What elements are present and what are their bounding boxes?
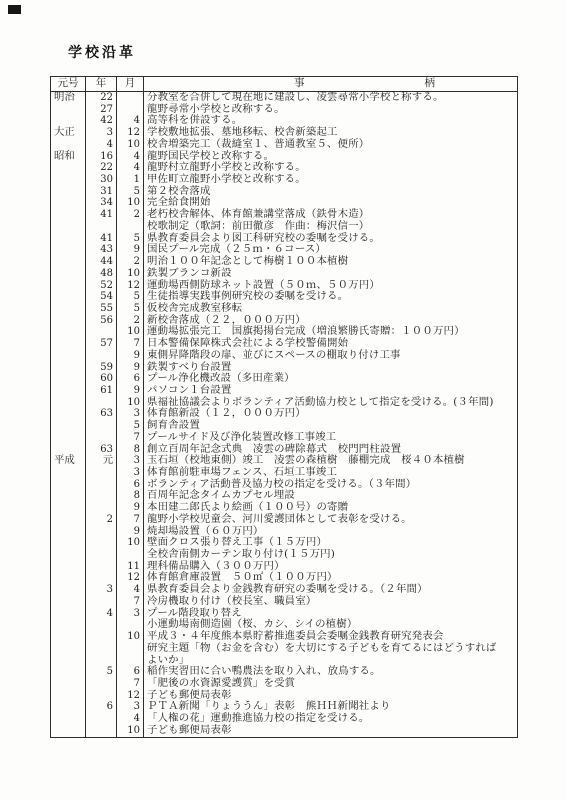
year-cell: 4 — [86, 139, 117, 151]
table-row: 全校舎南側カーテン取り付け(１５万円) — [51, 549, 517, 561]
year-cell: 3 — [86, 127, 117, 139]
year-cell — [86, 490, 117, 502]
year-cell — [86, 537, 117, 549]
table-row: 44 2 明治１００年記念として梅樹１００本植樹 — [51, 256, 517, 268]
era-cell — [51, 690, 86, 702]
table-row: 60 6 プール浄化機改設（多田産業） — [51, 373, 517, 385]
year-cell — [86, 221, 117, 233]
month-cell: 10 — [117, 631, 144, 643]
era-cell — [51, 490, 86, 502]
month-cell: 2 — [117, 315, 144, 327]
year-cell — [86, 420, 117, 432]
event-cell: 甲佐町立龍野小学校と改称する。 — [144, 174, 517, 186]
month-cell: 10 — [117, 139, 144, 151]
table-row: 7 プールサイド及び浄化装置改修工事竣工 — [51, 432, 517, 444]
month-cell: 6 — [117, 479, 144, 491]
header-era: 元号 — [51, 77, 86, 91]
table-row: 54 5 生徒指導実践事例研究校の委嘱を受ける。 — [51, 291, 517, 303]
table-row: 3 体育館前駐車場フェンス、石垣工事竣工 — [51, 467, 517, 479]
table-row: 7 冷房機取り付け（校長室、職員室） — [51, 596, 517, 608]
year-cell: 16 — [86, 151, 117, 163]
event-cell: 子ども郵便局表彰 — [144, 725, 517, 737]
table-row: 63 3 体育館新設（１２，０００万円） — [51, 408, 517, 420]
era-cell — [51, 713, 86, 725]
year-cell — [86, 678, 117, 690]
month-cell — [117, 104, 144, 116]
year-cell: 41 — [86, 233, 117, 245]
era-cell — [51, 502, 86, 514]
month-cell: 4 — [117, 115, 144, 127]
header-event: 事 柄 — [144, 77, 517, 91]
year-cell — [86, 713, 117, 725]
year-cell — [86, 561, 117, 573]
era-cell — [51, 643, 86, 655]
era-cell — [51, 162, 86, 174]
year-cell: 6 — [86, 701, 117, 713]
year-cell: 60 — [86, 373, 117, 385]
year-cell: 52 — [86, 280, 117, 292]
month-cell: 1 — [117, 174, 144, 186]
era-cell — [51, 139, 86, 151]
era-cell — [51, 432, 86, 444]
table-row: 4 「人権の花」運動推進協力校の指定を受ける。 — [51, 713, 517, 725]
table-row: 55 5 仮校舎完成教室移転 — [51, 303, 517, 315]
era-cell — [51, 197, 86, 209]
era-cell: 大正 — [51, 127, 86, 139]
table-row: 研究主題「物（お金を含む）を大切にする子どもを育てるにはどうすれば — [51, 643, 517, 655]
event-cell: 「肥後の水資源愛護賞」を受賞 — [144, 678, 517, 690]
month-cell: 3 — [117, 408, 144, 420]
era-cell — [51, 608, 86, 620]
era-cell — [51, 408, 86, 420]
era-cell — [51, 221, 86, 233]
month-cell: 7 — [117, 432, 144, 444]
month-cell: 10 — [117, 326, 144, 338]
year-cell: 2 — [86, 514, 117, 526]
month-cell: 10 — [117, 397, 144, 409]
era-cell — [51, 631, 86, 643]
month-cell — [117, 655, 144, 667]
year-cell — [86, 432, 117, 444]
era-cell — [51, 186, 86, 198]
event-cell: 校舎増築完工（裁縫室１、普通教室５、便所） — [144, 139, 517, 151]
year-cell — [86, 643, 117, 655]
event-cell: 研究主題「物（お金を含む）を大切にする子どもを育てるにはどうすれば — [144, 643, 517, 655]
era-cell — [51, 233, 86, 245]
era-cell — [51, 678, 86, 690]
era-cell — [51, 584, 86, 596]
year-cell: 61 — [86, 385, 117, 397]
event-cell: 校歌制定（歌詞：前田徹彦 作曲：梅沢信一） — [144, 221, 517, 233]
month-cell: 4 — [117, 162, 144, 174]
month-cell: 2 — [117, 256, 144, 268]
year-cell — [86, 572, 117, 584]
event-cell: パソコン１台設置 — [144, 385, 517, 397]
era-cell — [51, 315, 86, 327]
table-row: 48 10 鉄製ブランコ新設 — [51, 268, 517, 280]
era-cell — [51, 561, 86, 573]
era-cell — [51, 303, 86, 315]
era-cell: 平成 — [51, 455, 86, 467]
month-cell: 7 — [117, 678, 144, 690]
month-cell: 9 — [117, 385, 144, 397]
era-cell — [51, 537, 86, 549]
era-cell — [51, 514, 86, 526]
era-cell — [51, 666, 86, 678]
year-cell — [86, 350, 117, 362]
year-cell — [86, 549, 117, 561]
year-cell — [86, 690, 117, 702]
year-cell: 63 — [86, 444, 117, 456]
month-cell: 9 — [117, 244, 144, 256]
year-cell: 42 — [86, 115, 117, 127]
table-row: 7 「肥後の水資源愛護賞」を受賞 — [51, 678, 517, 690]
month-cell: 5 — [117, 303, 144, 315]
month-cell: 5 — [117, 186, 144, 198]
era-cell — [51, 373, 86, 385]
era-cell — [51, 291, 86, 303]
month-cell: 9 — [117, 362, 144, 374]
era-cell — [51, 268, 86, 280]
month-cell — [117, 619, 144, 631]
month-cell: 10 — [117, 268, 144, 280]
year-cell: 27 — [86, 104, 117, 116]
month-cell: 8 — [117, 444, 144, 456]
event-cell: 仮校舎完成教室移転 — [144, 303, 517, 315]
year-cell: 31 — [86, 186, 117, 198]
era-cell — [51, 362, 86, 374]
month-cell: 9 — [117, 502, 144, 514]
table-row: 30 1 甲佐町立龍野小学校と改称する。 — [51, 174, 517, 186]
month-cell: 6 — [117, 373, 144, 385]
scan-artifact-mark — [8, 5, 21, 14]
history-table: 元号 年 月 事 柄 明治 22 分教室を合併して現在地に建設し、凌雲尋常小学校… — [50, 76, 518, 738]
era-cell: 明治 — [51, 92, 86, 104]
year-cell: 30 — [86, 174, 117, 186]
year-cell — [86, 725, 117, 737]
table-row: 31 5 第２校舎落成 — [51, 186, 517, 198]
era-cell — [51, 244, 86, 256]
month-cell — [117, 92, 144, 104]
month-cell: 3 — [117, 608, 144, 620]
table-header-row: 元号 年 月 事 柄 — [51, 77, 517, 92]
month-cell: 12 — [117, 690, 144, 702]
year-cell — [86, 467, 117, 479]
month-cell: 5 — [117, 420, 144, 432]
era-cell — [51, 655, 86, 667]
event-cell: プールサイド及び浄化装置改修工事竣工 — [144, 432, 517, 444]
month-cell: 6 — [117, 666, 144, 678]
month-cell: 12 — [117, 280, 144, 292]
year-cell: 44 — [86, 256, 117, 268]
year-cell — [86, 655, 117, 667]
month-cell: 3 — [117, 701, 144, 713]
header-event-char-right: 柄 — [425, 77, 436, 91]
month-cell: 8 — [117, 490, 144, 502]
year-cell: 43 — [86, 244, 117, 256]
era-cell — [51, 420, 86, 432]
year-cell: 54 — [86, 291, 117, 303]
year-cell — [86, 631, 117, 643]
year-cell: 59 — [86, 362, 117, 374]
month-cell: 5 — [117, 291, 144, 303]
year-cell — [86, 397, 117, 409]
month-cell: 3 — [117, 467, 144, 479]
month-cell: 10 — [117, 537, 144, 549]
year-cell: 56 — [86, 315, 117, 327]
month-cell: 7 — [117, 596, 144, 608]
table-body: 明治 22 分教室を合併して現在地に建設し、凌雲尋常小学校と称する。 27 龍野… — [51, 92, 517, 737]
year-cell: 55 — [86, 303, 117, 315]
header-event-char-left: 事 — [294, 77, 305, 91]
month-cell: 3 — [117, 455, 144, 467]
era-cell — [51, 549, 86, 561]
month-cell: 4 — [117, 713, 144, 725]
table-row: 明治 22 分教室を合併して現在地に建設し、凌雲尋常小学校と称する。 — [51, 92, 517, 104]
era-cell — [51, 256, 86, 268]
era-cell — [51, 350, 86, 362]
month-cell: 4 — [117, 151, 144, 163]
year-cell — [86, 502, 117, 514]
era-cell — [51, 701, 86, 713]
year-cell: 4 — [86, 608, 117, 620]
year-cell: 41 — [86, 209, 117, 221]
year-cell: 48 — [86, 268, 117, 280]
era-cell — [51, 725, 86, 737]
year-cell: 5 — [86, 666, 117, 678]
month-cell: 12 — [117, 127, 144, 139]
month-cell: 12 — [117, 572, 144, 584]
table-row: 61 9 パソコン１台設置 — [51, 385, 517, 397]
era-cell — [51, 467, 86, 479]
month-cell: 5 — [117, 233, 144, 245]
month-cell — [117, 643, 144, 655]
era-cell — [51, 326, 86, 338]
year-cell: 元 — [86, 455, 117, 467]
event-cell: 東側昇降階段の扉、並びにスペースの棚取り付け工事 — [144, 350, 517, 362]
header-year: 年 — [86, 77, 117, 91]
year-cell — [86, 596, 117, 608]
year-cell: 22 — [86, 92, 117, 104]
era-cell — [51, 526, 86, 538]
year-cell: 57 — [86, 338, 117, 350]
year-cell: 3 — [86, 584, 117, 596]
event-cell: 冷房機取り付け（校長室、職員室） — [144, 596, 517, 608]
month-cell: 10 — [117, 725, 144, 737]
month-cell — [117, 221, 144, 233]
year-cell: 22 — [86, 162, 117, 174]
event-cell: 龍野小学校児童会、河川愛護団体として表彰を受ける。 — [144, 514, 517, 526]
event-cell: 全校舎南側カーテン取り付け(１５万円) — [144, 549, 517, 561]
era-cell — [51, 338, 86, 350]
era-cell — [51, 397, 86, 409]
year-cell — [86, 479, 117, 491]
era-cell — [51, 596, 86, 608]
era-cell — [51, 174, 86, 186]
page-title: 学校沿革 — [68, 42, 136, 62]
year-cell — [86, 526, 117, 538]
table-row: 4 10 校舎増築完工（裁縫室１、普通教室５、便所） — [51, 139, 517, 151]
year-cell — [86, 619, 117, 631]
month-cell: 9 — [117, 526, 144, 538]
era-cell — [51, 280, 86, 292]
era-cell — [51, 104, 86, 116]
year-cell — [86, 326, 117, 338]
event-cell: 体育館前駐車場フェンス、石垣工事竣工 — [144, 467, 517, 479]
era-cell: 昭和 — [51, 151, 86, 163]
month-cell: 4 — [117, 584, 144, 596]
era-cell — [51, 209, 86, 221]
table-row: 校歌制定（歌詞：前田徹彦 作曲：梅沢信一） — [51, 221, 517, 233]
table-row: 2 7 龍野小学校児童会、河川愛護団体として表彰を受ける。 — [51, 514, 517, 526]
table-row: 9 東側昇降階段の扉、並びにスペースの棚取り付け工事 — [51, 350, 517, 362]
month-cell — [117, 549, 144, 561]
year-cell: 63 — [86, 408, 117, 420]
era-cell — [51, 619, 86, 631]
month-cell: 11 — [117, 561, 144, 573]
table-row: 27 龍野尋常小学校と改称する。 — [51, 104, 517, 116]
year-cell: 34 — [86, 197, 117, 209]
month-cell: 9 — [117, 350, 144, 362]
event-cell: 分教室を合併して現在地に建設し、凌雲尋常小学校と称する。 — [144, 92, 517, 104]
header-month: 月 — [117, 77, 144, 91]
table-row: 10 子ども郵便局表彰 — [51, 725, 517, 737]
era-cell — [51, 385, 86, 397]
era-cell — [51, 479, 86, 491]
month-cell: 2 — [117, 209, 144, 221]
month-cell: 7 — [117, 514, 144, 526]
era-cell — [51, 572, 86, 584]
month-cell: 10 — [117, 197, 144, 209]
month-cell: 7 — [117, 338, 144, 350]
event-cell: 鉄製ブランコ新設 — [144, 268, 517, 280]
